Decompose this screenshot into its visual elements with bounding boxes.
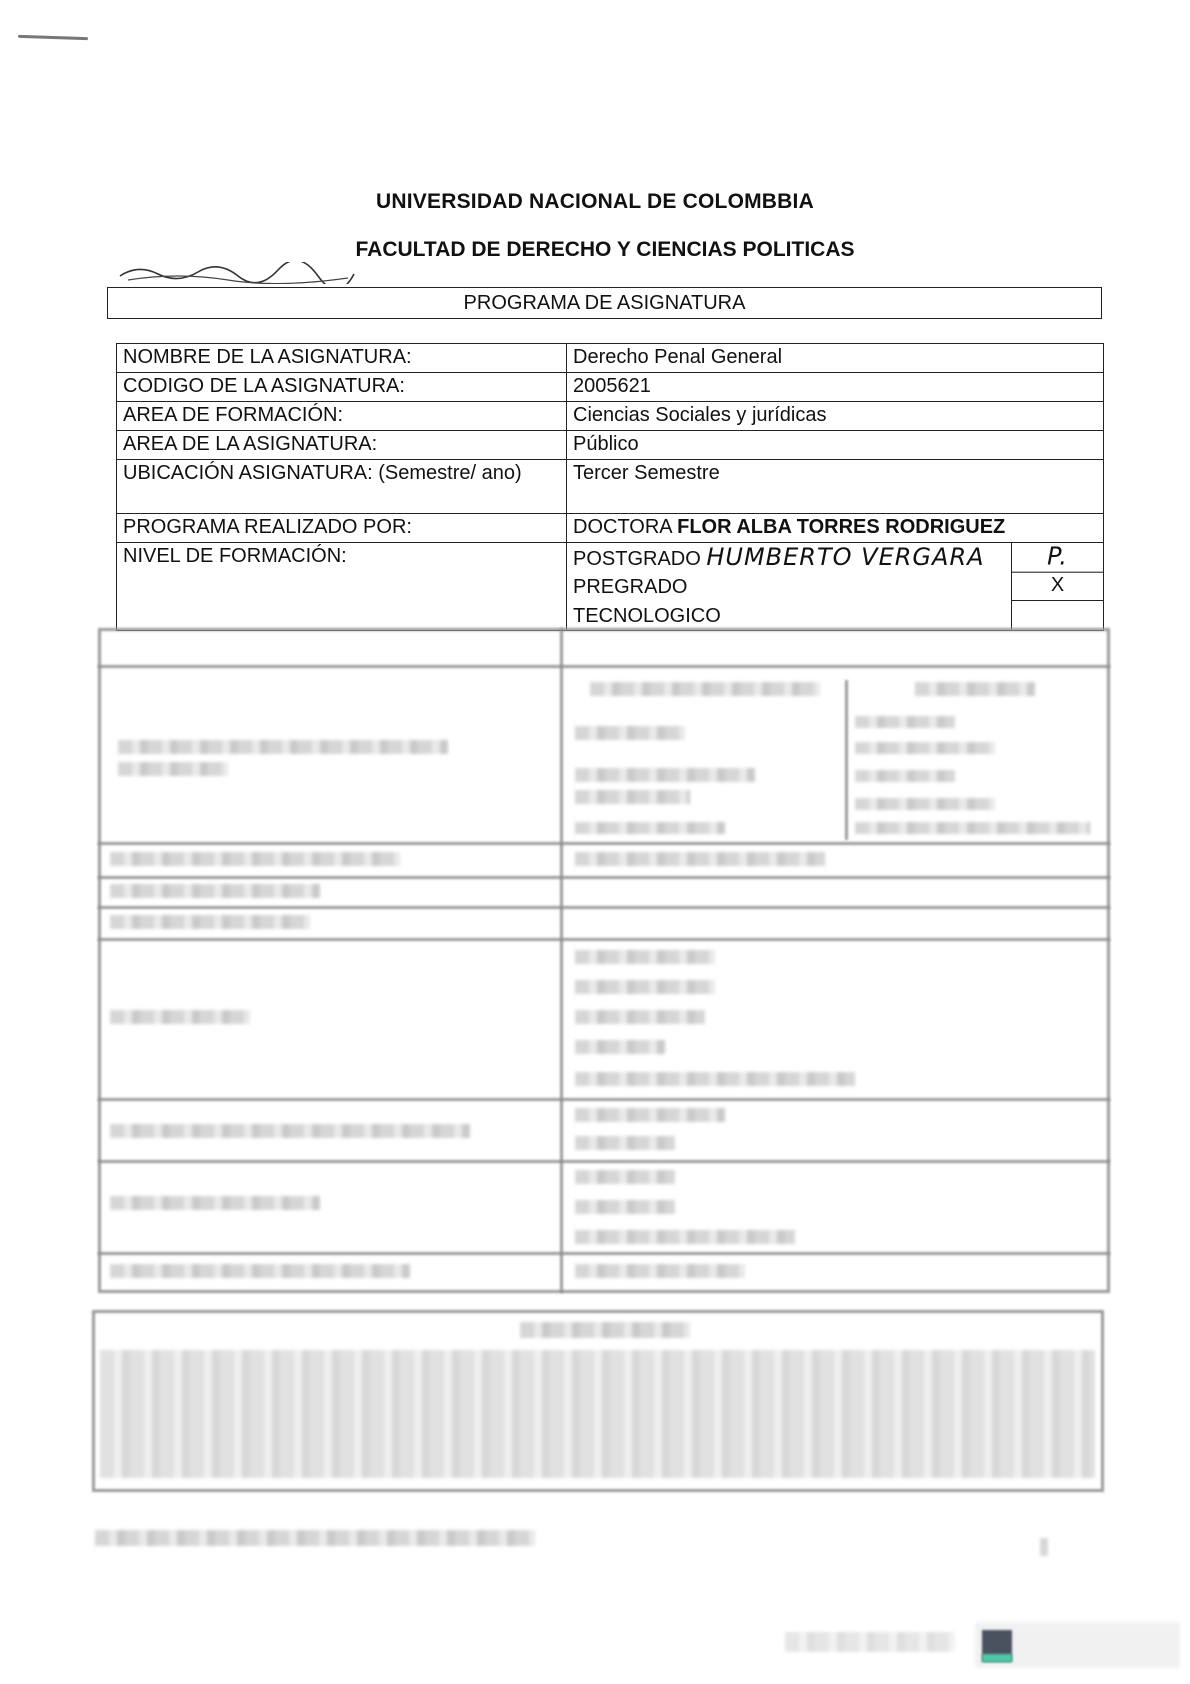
option-label: PREGRADO [573,574,1011,600]
field-row-realizado-por: PROGRAMA REALIZADO POR: DOCTORA FLOR ALB… [117,514,1104,543]
field-value: DOCTORA FLOR ALBA TORRES RODRIGUEZ [567,514,1104,543]
university-title: UNIVERSIDAD NACIONAL DE COLOMBBIA [0,190,1190,214]
redacted-row-divider [98,665,1110,668]
redacted-text [110,915,310,929]
redacted-text [110,884,320,898]
redacted-row-divider [98,1252,1110,1255]
redacted-text [575,950,715,964]
redacted-text [575,1072,855,1086]
field-label: AREA DE FORMACIÓN: [117,402,567,431]
author-name: FLOR ALBA TORRES RODRIGUEZ [677,516,1005,538]
redacted-text [575,726,685,740]
redacted-text [110,1264,410,1278]
field-label: UBICACIÓN ASIGNATURA: (Semestre/ ano) [117,460,567,514]
redacted-text [575,1230,795,1244]
field-row-codigo: CODIGO DE LA ASIGNATURA: 2005621 [117,373,1104,402]
redacted-heading [520,1322,690,1338]
nivel-option-pregrado: PREGRADO X [573,572,1103,601]
redacted-text [915,682,1035,696]
field-row-nombre: NOMBRE DE LA ASIGNATURA: Derecho Penal G… [117,344,1104,373]
redacted-row-divider [98,938,1110,941]
redacted-paragraph [100,1350,1095,1478]
field-value: Público [567,431,1104,460]
field-label: CODIGO DE LA ASIGNATURA: [117,373,567,402]
redacted-text [575,1010,705,1024]
redacted-footer-text [95,1530,535,1546]
redacted-text [575,980,715,994]
redacted-text [110,852,400,866]
form-title: PROGRAMA DE ASIGNATURA [107,287,1102,319]
option-mark [1011,601,1103,630]
redacted-text [110,1196,320,1210]
redacted-text [575,852,825,866]
redacted-text [575,1136,675,1150]
redacted-text [575,822,725,834]
redacted-text [110,1124,470,1138]
redacted-text [575,790,690,804]
field-row-ubicacion: UBICACIÓN ASIGNATURA: (Semestre/ ano) Te… [117,460,1104,514]
field-label: AREA DE LA ASIGNATURA: [117,431,567,460]
field-value: Ciencias Sociales y jurídicas [567,402,1104,431]
redacted-row-divider [98,1160,1110,1163]
option-label: TECNOLOGICO [573,603,1011,629]
redacted-text [855,770,955,782]
redacted-row-divider [98,842,1110,845]
field-label: NOMBRE DE LA ASIGNATURA: [117,344,567,373]
redacted-text [575,1170,675,1184]
handwritten-scribble [118,262,358,284]
field-row-area-formacion: AREA DE FORMACIÓN: Ciencias Sociales y j… [117,402,1104,431]
scanner-logo-accent [982,1654,1012,1662]
redacted-text [110,1010,250,1024]
redacted-text [855,716,955,728]
field-value: Tercer Semestre [567,460,1104,514]
option-mark: X [1011,572,1103,601]
redacted-text [575,1040,665,1054]
redacted-column-divider [845,680,848,840]
redacted-text [855,822,1090,834]
redacted-text [575,1200,675,1214]
course-info-table: NOMBRE DE LA ASIGNATURA: Derecho Penal G… [116,343,1104,631]
redacted-watermark-text [785,1632,955,1652]
scan-mark [18,35,88,40]
field-value: Derecho Penal General [567,344,1104,373]
redacted-text [575,1108,725,1122]
nivel-options: POSTGRADO HUMBERTO VERGARA P. PREGRADO X… [567,543,1104,631]
field-value: 2005621 [567,373,1104,402]
field-label: NIVEL DE FORMACIÓN: [117,543,567,631]
redacted-text [118,740,448,754]
redacted-text [575,768,755,782]
redacted-text [855,798,995,810]
redacted-text [118,762,228,776]
option-mark: P. [1011,542,1103,572]
field-row-nivel: NIVEL DE FORMACIÓN: POSTGRADO HUMBERTO V… [117,543,1104,631]
option-label: POSTGRADO [573,548,701,570]
handwritten-name: HUMBERTO VERGARA [706,543,984,571]
redacted-page-number [1040,1538,1048,1556]
redacted-text [855,742,995,754]
redacted-column-divider [560,628,563,1293]
field-row-area-asignatura: AREA DE LA ASIGNATURA: Público [117,431,1104,460]
field-label: PROGRAMA REALIZADO POR: [117,514,567,543]
author-prefix: DOCTORA [573,516,672,538]
redacted-row-divider [98,1098,1110,1101]
nivel-option-tecnologico: TECNOLOGICO [573,601,1103,630]
redacted-text [590,682,820,696]
redacted-row-divider [98,906,1110,909]
faculty-title: FACULTAD DE DERECHO Y CIENCIAS POLITICAS [0,238,1190,262]
redacted-row-divider [98,876,1110,879]
nivel-option-postgrado: POSTGRADO HUMBERTO VERGARA P. [573,543,1103,572]
redacted-text [575,1264,745,1278]
